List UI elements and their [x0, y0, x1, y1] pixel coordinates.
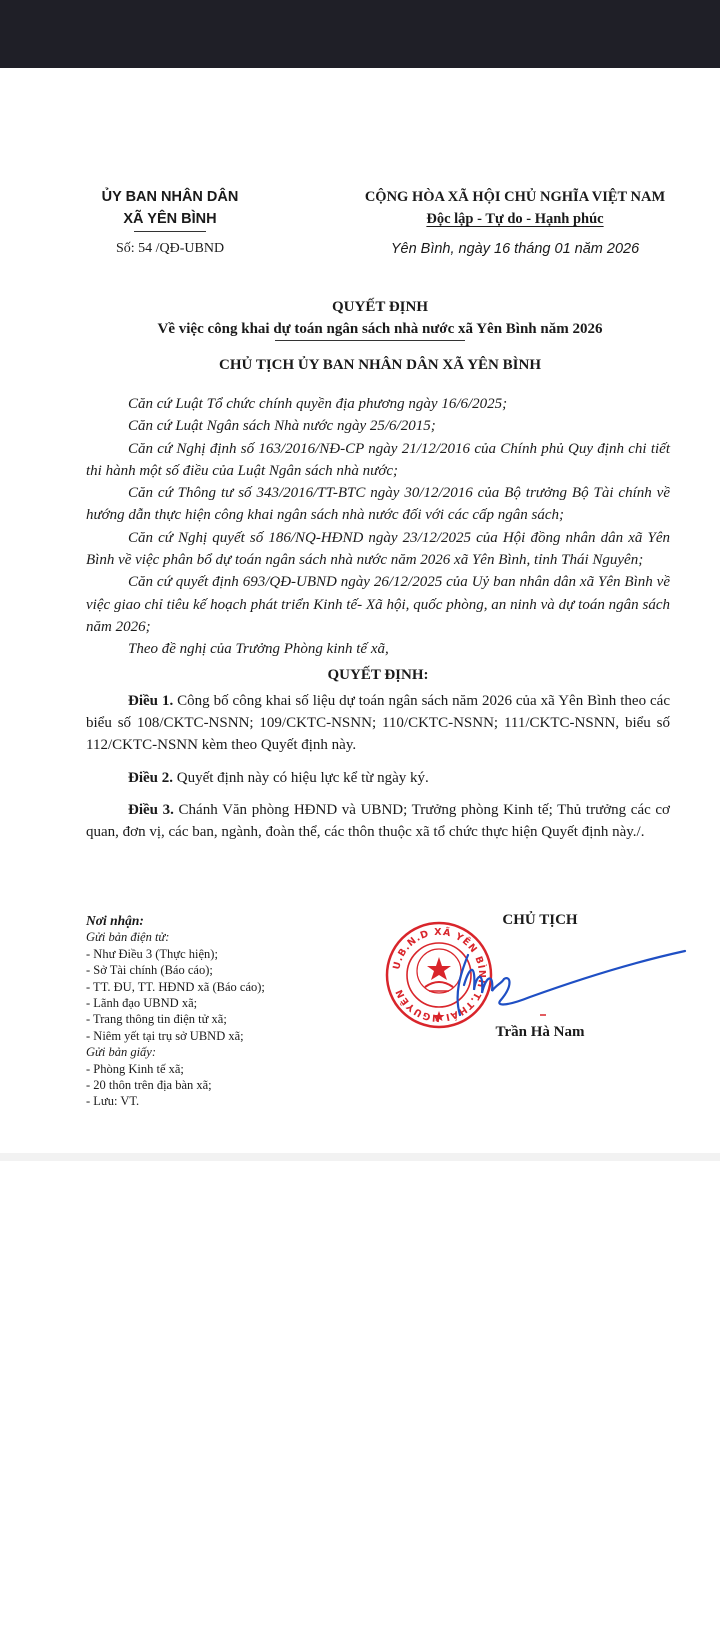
page-separator [0, 1153, 720, 1161]
legal-basis-2: Căn cứ Luật Ngân sách Nhà nước ngày 25/6… [86, 415, 670, 437]
legal-basis-3: Căn cứ Nghị định số 163/2016/NĐ-CP ngày … [86, 438, 670, 483]
decision-heading: QUYẾT ĐỊNH: [86, 664, 670, 686]
national-header-block: CỘNG HÒA XÃ HỘI CHỦ NGHĨA VIỆT NAM Độc l… [330, 186, 700, 260]
electronic-label: Gửi bản điện tử: [86, 929, 386, 945]
recipient-item: - Phòng Kinh tế xã; [86, 1061, 386, 1077]
recipient-item: - Trang thông tin điện tử xã; [86, 1011, 386, 1027]
recipients-block: Nơi nhận: Gửi bản điện tử: - Như Điều 3 … [86, 913, 386, 1110]
national-motto: Độc lập - Tự do - Hạnh phúc [330, 208, 700, 230]
signature-block: CHỦ TỊCH Trần Hà Nam [440, 912, 640, 1041]
article-1-text: Công bố công khai số liệu dự toán ngân s… [86, 693, 670, 754]
document-subject: Về việc công khai dự toán ngân sách nhà … [80, 318, 680, 340]
article-3-label: Điều 3. [128, 802, 174, 818]
document-body: Căn cứ Luật Tổ chức chính quyền địa phươ… [86, 393, 670, 844]
paper-label: Gửi bản giấy: [86, 1044, 386, 1060]
recipient-item: - Như Điều 3 (Thực hiện); [86, 946, 386, 962]
recipient-item: - Lãnh đạo UBND xã; [86, 995, 386, 1011]
article-3-text: Chánh Văn phòng HĐND và UBND; Trưởng phò… [86, 802, 670, 840]
proposal-basis: Theo đề nghị của Trưởng Phòng kinh tế xã… [86, 638, 670, 660]
article-3: Điều 3. Chánh Văn phòng HĐND và UBND; Tr… [86, 799, 670, 844]
issuing-authority-title: CHỦ TỊCH ỦY BAN NHÂN DÂN XÃ YÊN BÌNH [80, 357, 680, 374]
legal-basis-1: Căn cứ Luật Tổ chức chính quyền địa phươ… [86, 393, 670, 415]
recipient-item: - Niêm yết tại trụ sở UBND xã; [86, 1028, 386, 1044]
org-line-1: ỦY BAN NHÂN DÂN [70, 186, 270, 208]
signer-title: CHỦ TỊCH [440, 912, 640, 929]
recipient-item: - Sở Tài chính (Báo cáo); [86, 962, 386, 978]
document-number: Số: 54 /QĐ-UBND [70, 238, 270, 260]
article-1: Điều 1. Công bố công khai số liệu dự toá… [86, 690, 670, 757]
recipient-item: - Lưu: VT. [86, 1093, 386, 1109]
nation-name: CỘNG HÒA XÃ HỘI CHỦ NGHĨA VIỆT NAM [330, 186, 700, 208]
article-2: Điều 2. Quyết định này có hiệu lực kể từ… [86, 767, 670, 789]
signer-name: Trần Hà Nam [440, 1024, 640, 1041]
top-status-bar [0, 0, 720, 68]
legal-basis-5: Căn cứ Nghị quyết số 186/NQ-HĐND ngày 23… [86, 527, 670, 572]
article-2-text: Quyết định này có hiệu lực kể từ ngày ký… [173, 770, 429, 786]
recipients-heading: Nơi nhận: [86, 913, 386, 929]
place-and-date: Yên Bình, ngày 16 tháng 01 năm 2026 [330, 238, 700, 260]
issuing-authority-block: ỦY BAN NHÂN DÂN XÃ YÊN BÌNH Số: 54 /QĐ-U… [70, 186, 270, 260]
legal-basis-4: Căn cứ Thông tư số 343/2016/TT-BTC ngày … [86, 482, 670, 527]
document-title-block: QUYẾT ĐỊNH Về việc công khai dự toán ngâ… [80, 296, 680, 341]
subject-underline [275, 340, 465, 341]
recipient-item: - 20 thôn trên địa bàn xã; [86, 1077, 386, 1093]
document-type: QUYẾT ĐỊNH [80, 296, 680, 318]
recipient-item: - TT. ĐU, TT. HĐND xã (Báo cáo); [86, 979, 386, 995]
article-1-label: Điều 1. [128, 693, 173, 709]
org-underline [134, 231, 206, 232]
article-2-label: Điều 2. [128, 770, 173, 786]
legal-basis-6: Căn cứ quyết định 693/QĐ-UBND ngày 26/12… [86, 571, 670, 638]
org-line-2: XÃ YÊN BÌNH [70, 208, 270, 230]
